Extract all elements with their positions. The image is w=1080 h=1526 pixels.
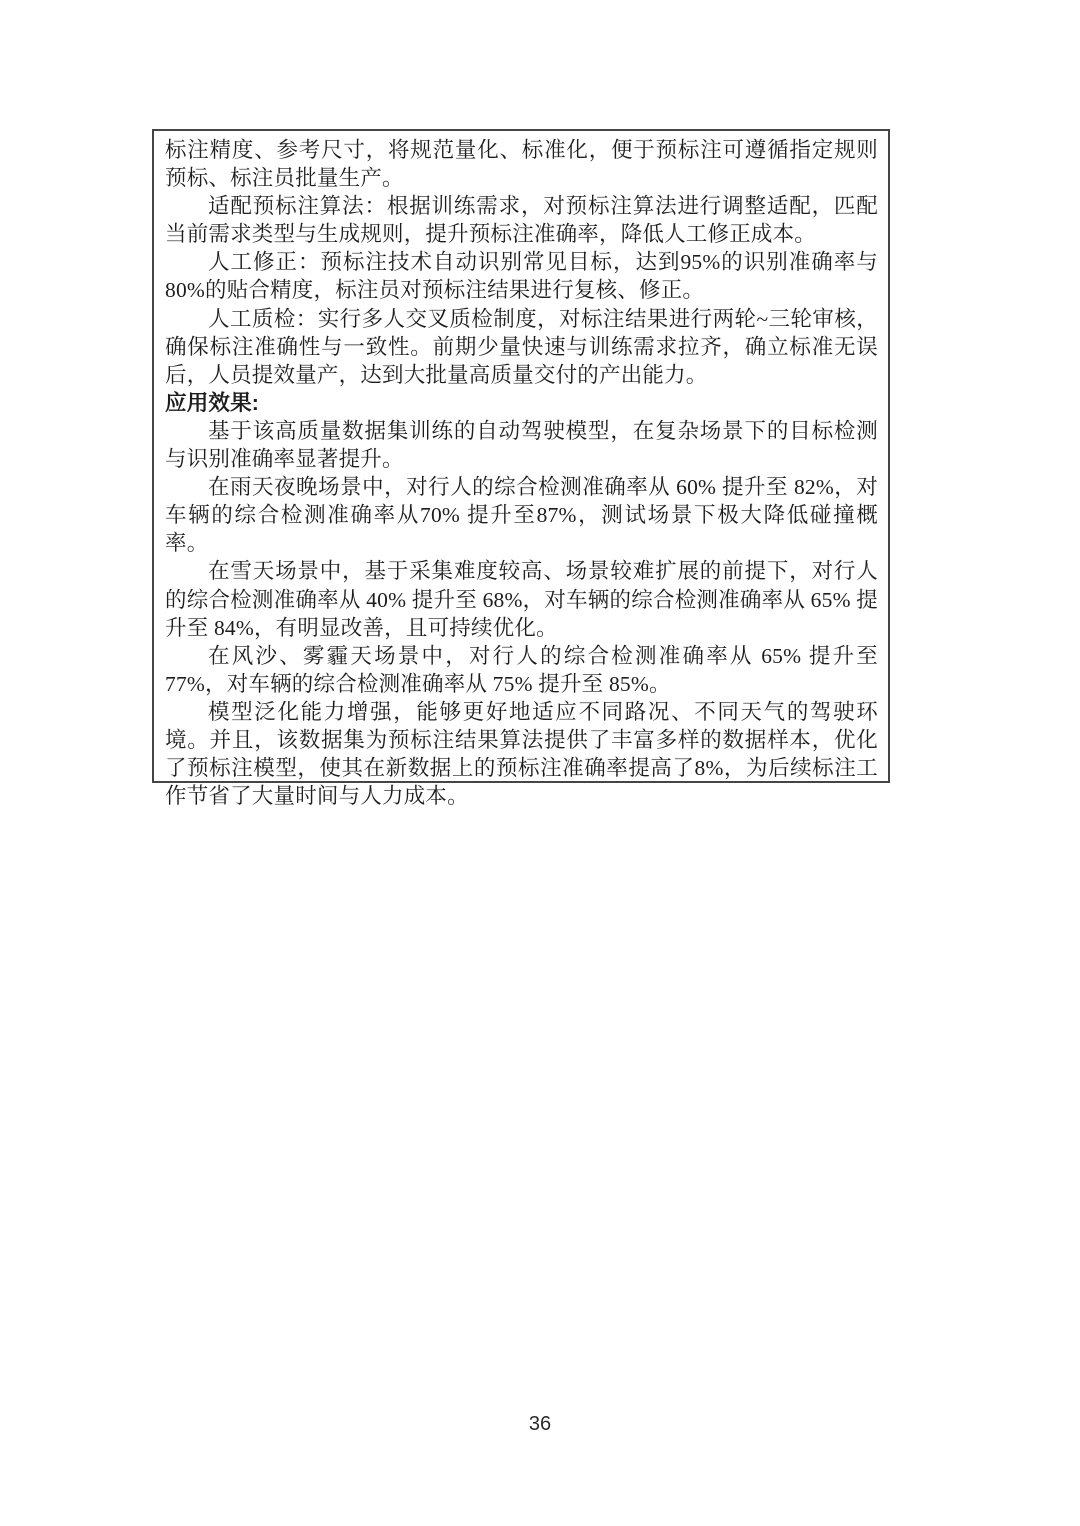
para-model-training-result: 基于该高质量数据集训练的自动驾驶模型，在复杂场景下的目标检测与识别准确率显著提升…: [165, 417, 878, 473]
bordered-content-box: 标注精度、参考尺寸，将规范量化、标准化，便于预标注可遵循指定规则预标、标注员批量…: [152, 129, 890, 783]
para-snow-scene: 在雪天场景中，基于采集难度较高、场景较难扩展的前提下，对行人的综合检测准确率从 …: [165, 557, 878, 641]
page-number: 36: [0, 1413, 1080, 1436]
document-page: 标注精度、参考尺寸，将规范量化、标准化，便于预标注可遵循指定规则预标、标注员批量…: [0, 0, 1080, 1526]
para-manual-correction: 人工修正：预标注技术自动识别常见目标，达到95%的识别准确率与80%的贴合精度，…: [165, 248, 878, 304]
para-continuation-annotation-rules: 标注精度、参考尺寸，将规范量化、标准化，便于预标注可遵循指定规则预标、标注员批量…: [165, 136, 878, 192]
para-adapt-prelabel-algorithm: 适配预标注算法：根据训练需求，对预标注算法进行调整适配，匹配当前需求类型与生成规…: [165, 192, 878, 248]
para-generalization-and-prelabel-improvement: 模型泛化能力增强，能够更好地适应不同路况、不同天气的驾驶环境。并且，该数据集为预…: [165, 698, 878, 810]
para-manual-qc: 人工质检：实行多人交叉质检制度，对标注结果进行两轮~三轮审核，确保标注准确性与一…: [165, 305, 878, 389]
para-rainy-night-scene: 在雨天夜晚场景中，对行人的综合检测准确率从 60% 提升至 82%，对车辆的综合…: [165, 473, 878, 557]
para-sand-haze-scene: 在风沙、雾霾天场景中，对行人的综合检测准确率从 65% 提升至77%，对车辆的综…: [165, 642, 878, 698]
heading-application-effect: 应用效果:: [165, 389, 878, 417]
